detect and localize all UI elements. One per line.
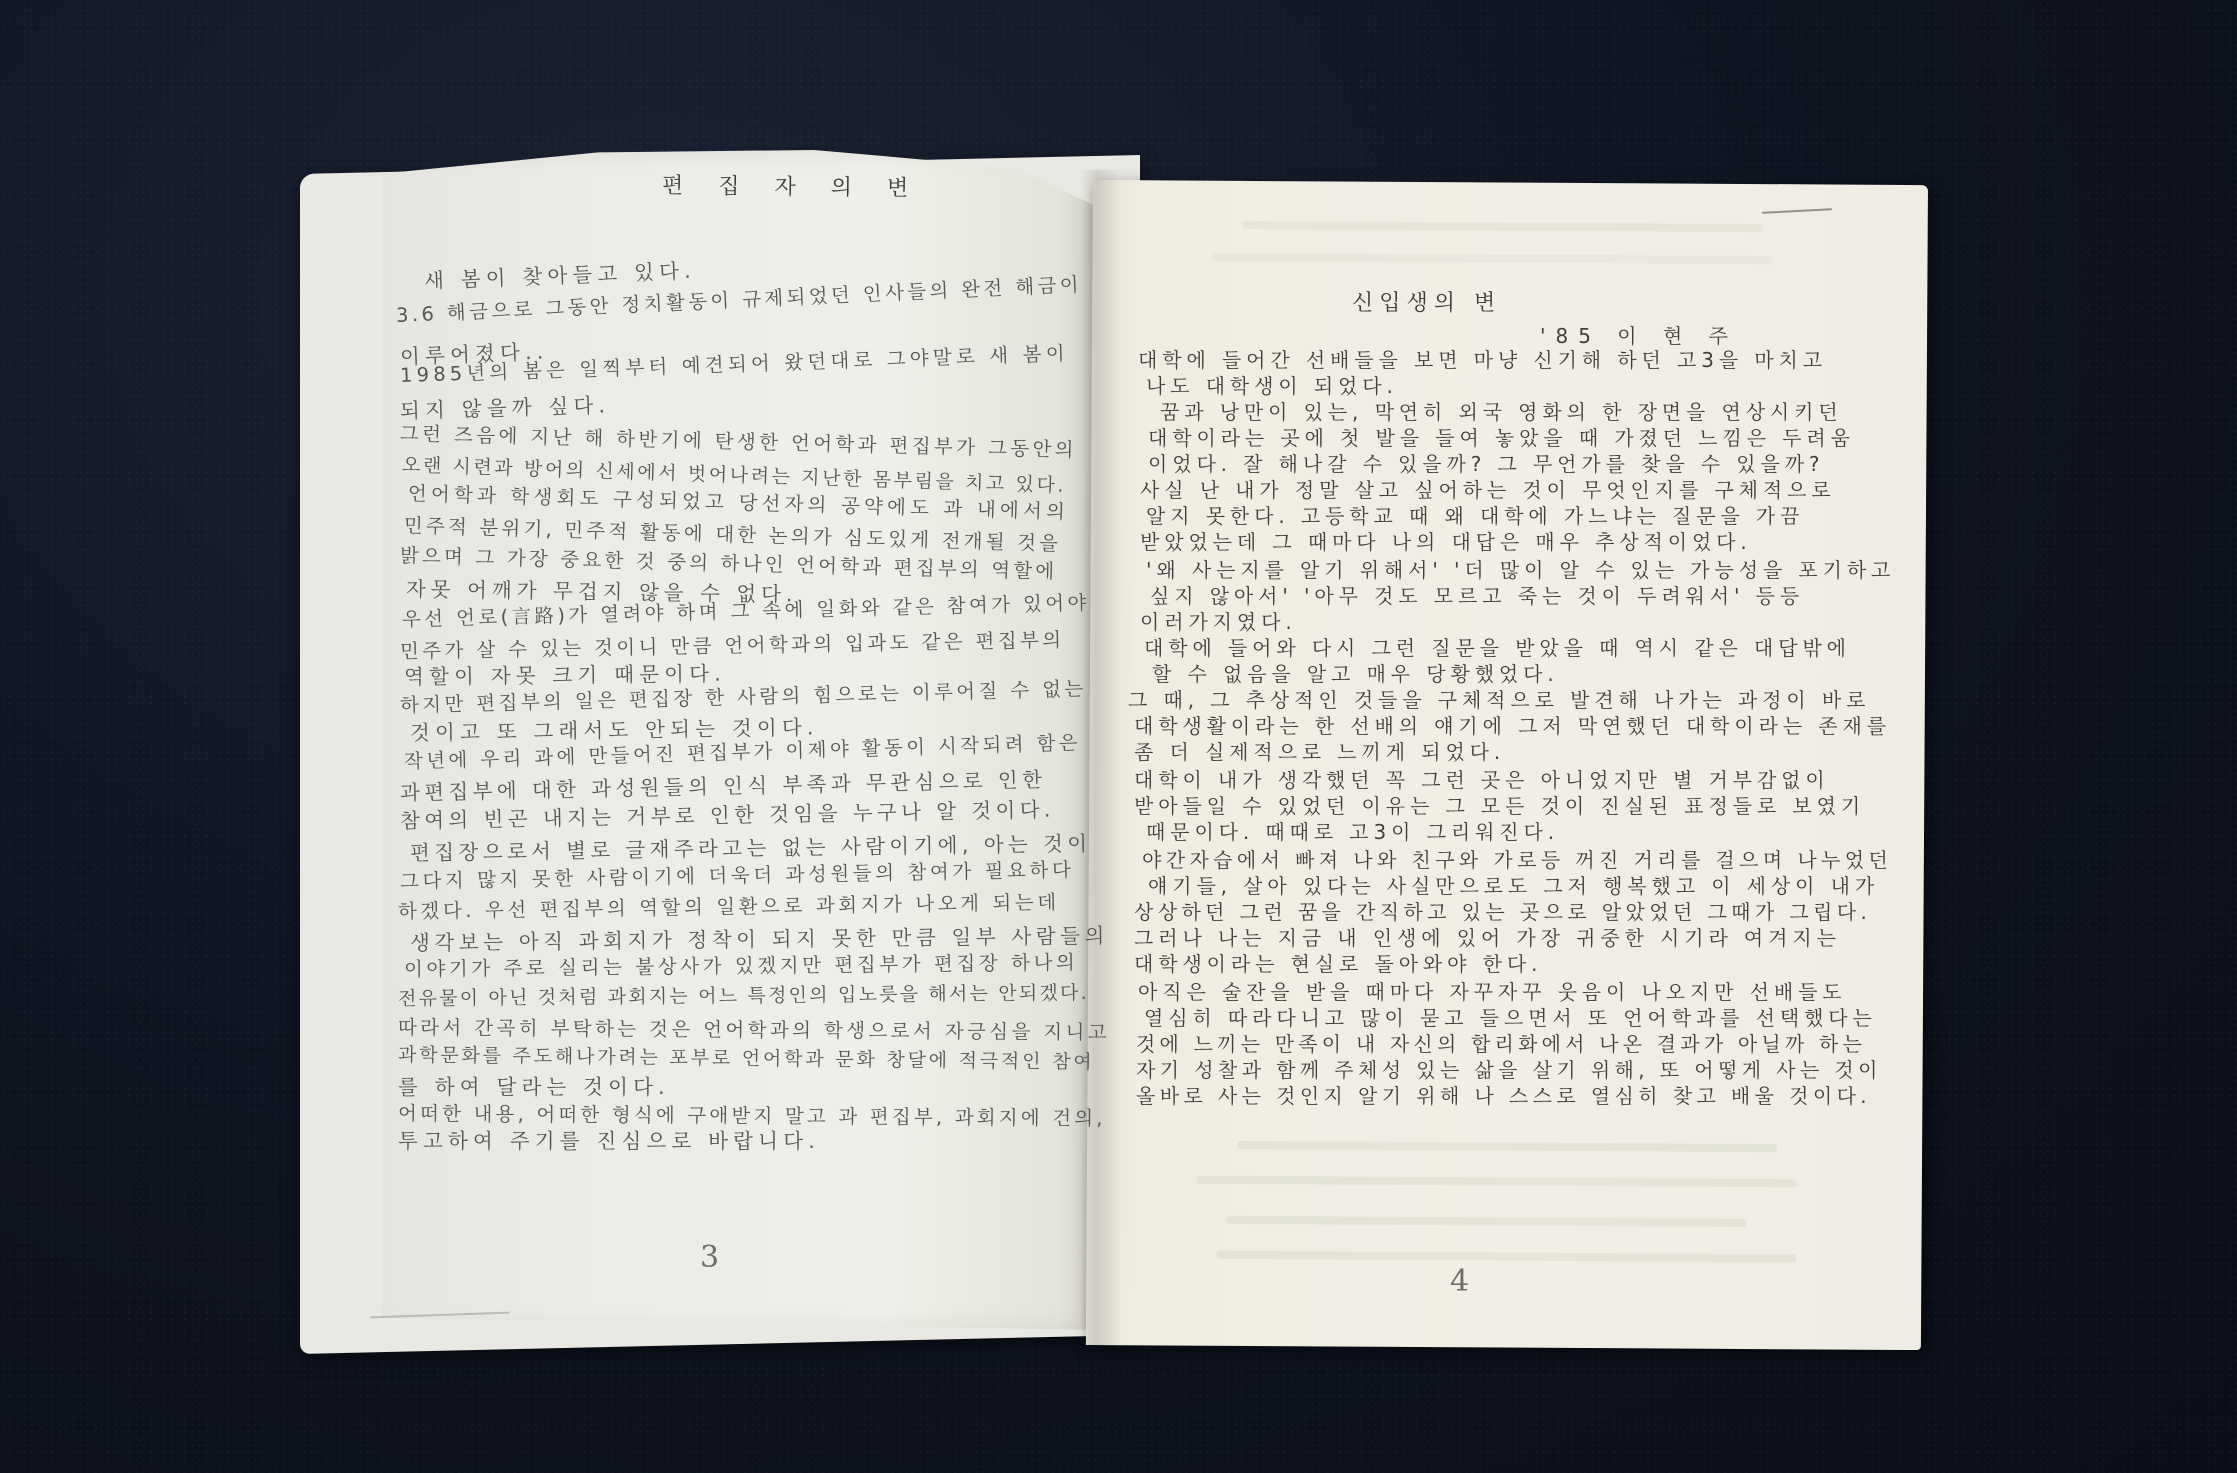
text-line: 그 때, 그 추상적인 것들을 구체적으로 발견해 나가는 과정이 바로 (1128, 684, 1870, 713)
text-line: 나도 대학생이 되었다. (1146, 370, 1398, 399)
text-line: 투고하여 주기를 진심으로 바랍니다. (398, 1124, 820, 1154)
text-line: 그러나 나는 지금 내 인생에 있어 가장 귀중한 시기라 여겨지는 (1134, 922, 1841, 951)
text-line: 자기 성찰과 함께 주체성 있는 삶을 살기 위해, 또 어떻게 사는 것이 (1136, 1054, 1882, 1083)
open-booklet: 편 집 자 의 변 새 봄이 찾아들고 있다. 3.6 해금으로 그동안 정치활… (0, 0, 2237, 1473)
text-line: 대학에 들어와 다시 그런 질문을 받았을 때 역시 같은 대답밖에 (1144, 632, 1851, 661)
text-line: 대학이라는 곳에 첫 발을 들여 놓았을 때 가졌던 느낌은 두려움 (1148, 422, 1855, 451)
text-line: 싶지 않아서' '아무 것도 모르고 죽는 것이 두려워서' 등등 (1150, 580, 1804, 609)
text-line: 얘기들, 살아 있다는 사실만으로도 그저 행복했고 이 세상이 내가 (1148, 870, 1879, 899)
text-line: 대학이 내가 생각했던 꼭 그런 곳은 아니었지만 별 거부감없이 (1134, 764, 1830, 793)
show-through-text (1237, 1141, 1777, 1152)
left-page-number: 3 (700, 1240, 719, 1275)
text-line: 알지 못한다. 고등학교 때 왜 대학에 가느냐는 질문을 가끔 (1146, 500, 1804, 529)
right-page-title: 신입생의 변 (1352, 286, 1501, 317)
text-line: 대학생이라는 현실로 돌아와야 한다. (1134, 948, 1542, 977)
text-line: 것에 느끼는 만족이 내 자신의 합리화에서 나온 결과가 아닐까 하는 (1136, 1028, 1866, 1057)
text-line: 를 하여 달라는 것이다. (398, 1070, 670, 1100)
text-line: 올바로 사는 것인지 알기 위해 나 스스로 열심히 찾고 배울 것이다. (1136, 1080, 1871, 1109)
text-line: 받았었는데 그 때마다 나의 대답은 매우 추상적이었다. (1140, 526, 1752, 555)
text-line: 대학에 들어간 선배들을 보면 마냥 신기해 하던 고3을 마치고 (1138, 344, 1827, 373)
spine-fold-shadow (1080, 170, 1120, 1345)
text-line: 받아들일 수 있었던 이유는 그 모든 것이 진실된 표정들로 보였기 (1134, 790, 1865, 819)
show-through-text (1216, 1251, 1796, 1263)
right-page-number: 4 (1450, 1264, 1469, 1299)
text-line: 대학생활이라는 한 선배의 얘기에 그저 막연했던 대학이라는 존재를 (1134, 710, 1891, 739)
show-through-text (1197, 1176, 1797, 1188)
text-line: 할 수 없음을 알고 매우 당황했었다. (1152, 658, 1559, 687)
text-line: 꿈과 낭만이 있는, 막연히 외국 영화의 한 장면을 연상시키던 (1160, 396, 1843, 425)
text-line: 이러가지였다. (1140, 606, 1297, 635)
text-line: 때문이다. 때때로 고3이 그리워진다. (1146, 816, 1559, 845)
left-page-title: 편 집 자 의 변 (662, 169, 923, 203)
text-line: '왜 사는지를 알기 위해서' '더 많이 알 수 있는 가능성을 포기하고 (1146, 554, 1895, 583)
text-line: 야간자습에서 빠져 나와 친구와 가로등 꺼진 거리를 걸으며 나누었던 (1142, 844, 1892, 873)
text-line: 상상하던 그런 꿈을 간직하고 있는 곳으로 알았었던 그때가 그립다. (1134, 896, 1871, 925)
show-through-text (1213, 253, 1773, 264)
text-line: 열심히 따라다니고 많이 묻고 들으면서 또 언어학과를 선택했다는 (1144, 1002, 1877, 1031)
show-through-text (1227, 1216, 1747, 1227)
text-line: 사실 난 내가 정말 살고 싶어하는 것이 무엇인지를 구체적으로 (1140, 474, 1836, 503)
text-line: 아직은 술잔을 받을 때마다 자꾸자꾸 웃음이 나오지만 선배들도 (1138, 976, 1847, 1005)
text-line: 좀 더 실제적으로 느끼게 되었다. (1134, 736, 1505, 765)
show-through-text (1243, 221, 1763, 232)
text-line: 이었다. 잘 해나갈 수 있을까? 그 무언가를 찾을 수 있을까? (1148, 448, 1824, 477)
text-line: 따라서 간곡히 부탁하는 것은 언어학과의 학생으로서 자긍심을 지니고 (398, 1012, 1110, 1045)
